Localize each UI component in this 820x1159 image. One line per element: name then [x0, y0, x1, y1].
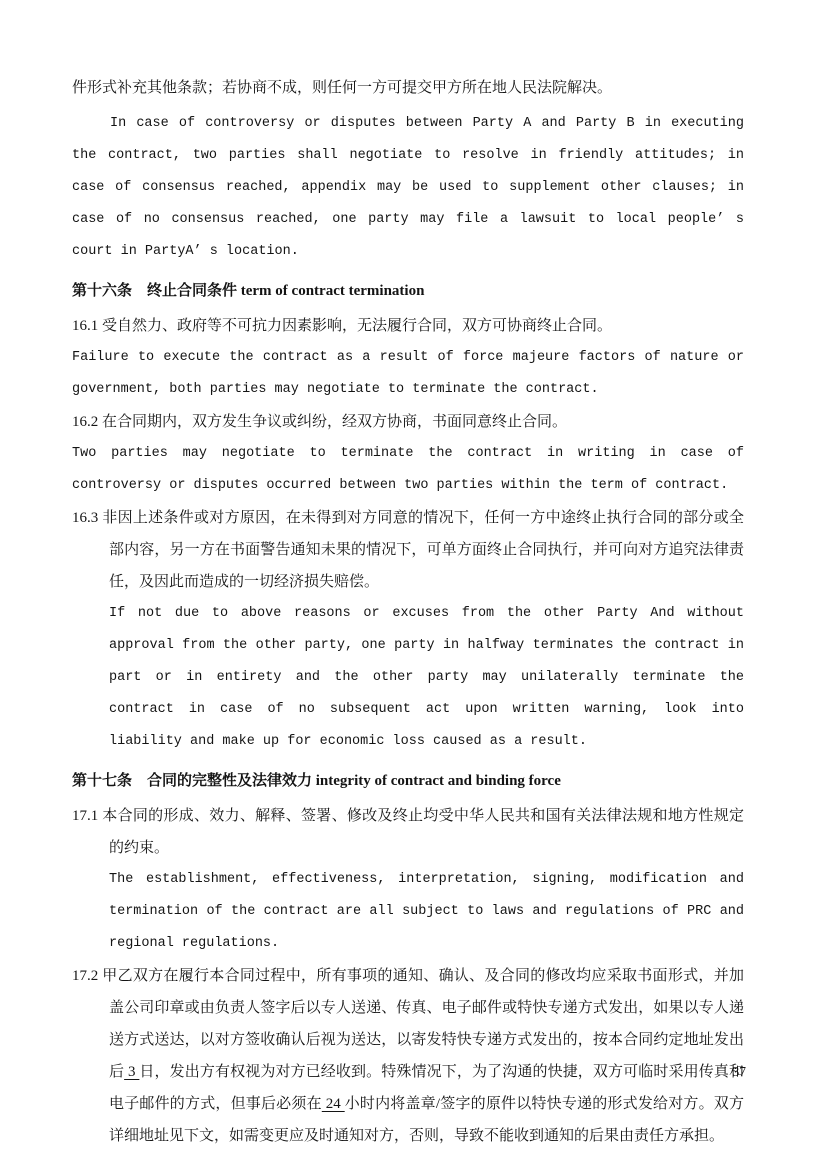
- filled-blank: 3: [124, 1064, 139, 1080]
- paragraph: 件形式补充其他条款；若协商不成，则任何一方可提交甲方所在地人民法院解决。: [72, 72, 744, 104]
- text-run: If not due to above reasons or excuses f…: [109, 606, 744, 749]
- paragraph: Two parties may negotiate to terminate t…: [72, 438, 744, 502]
- text-run: 第十七条 合同的完整性及法律效力 integrity of contract a…: [72, 773, 561, 789]
- text-run: Two parties may negotiate to terminate t…: [72, 446, 744, 493]
- paragraph: If not due to above reasons or excuses f…: [109, 598, 744, 758]
- paragraph: 16.1 受自然力、政府等不可抗力因素影响，无法履行合同，双方可协商终止合同。: [72, 310, 744, 342]
- section-heading: 第十六条 终止合同条件 term of contract termination: [72, 275, 744, 307]
- text-run: Failure to execute the contract as a res…: [72, 350, 744, 397]
- text-run: 16.2 在合同期内，双方发生争议或纠纷，经双方协商，书面同意终止合同。: [72, 414, 567, 430]
- contract-page: 件形式补充其他条款；若协商不成，则任何一方可提交甲方所在地人民法院解决。In c…: [0, 0, 820, 1159]
- text-run: 第十六条 终止合同条件 term of contract termination: [72, 283, 424, 299]
- paragraph: 17.1 本合同的形成、效力、解释、签署、修改及终止均受中华人民共和国有关法律法…: [72, 800, 744, 864]
- page-number: 37: [733, 1062, 747, 1082]
- text-run: 16.3 非因上述条件或对方原因，在未得到对方同意的情况下，任何一方中途终止执行…: [72, 510, 744, 590]
- text-run: 16.1 受自然力、政府等不可抗力因素影响，无法履行合同，双方可协商终止合同。: [72, 318, 612, 334]
- text-run: 17.1 本合同的形成、效力、解释、签署、修改及终止均受中华人民共和国有关法律法…: [72, 808, 744, 856]
- paragraph: 16.3 非因上述条件或对方原因，在未得到对方同意的情况下，任何一方中途终止执行…: [72, 502, 744, 598]
- section-heading: 第十七条 合同的完整性及法律效力 integrity of contract a…: [72, 765, 744, 797]
- paragraph: The establishment, effectiveness, interp…: [109, 864, 744, 960]
- text-run: The establishment, effectiveness, interp…: [109, 872, 744, 951]
- paragraph: In case of controversy or disputes betwe…: [72, 108, 744, 268]
- filled-blank: 24: [322, 1096, 345, 1112]
- text-run: In case of controversy or disputes betwe…: [72, 116, 744, 259]
- text-run: 件形式补充其他条款；若协商不成，则任何一方可提交甲方所在地人民法院解决。: [72, 80, 612, 96]
- paragraph: 17.2 甲乙双方在履行本合同过程中，所有事项的通知、确认、及合同的修改均应采取…: [72, 960, 744, 1152]
- paragraph: 16.2 在合同期内，双方发生争议或纠纷，经双方协商，书面同意终止合同。: [72, 406, 744, 438]
- paragraph: Failure to execute the contract as a res…: [72, 342, 744, 406]
- page-content: 件形式补充其他条款；若协商不成，则任何一方可提交甲方所在地人民法院解决。In c…: [72, 72, 744, 1152]
